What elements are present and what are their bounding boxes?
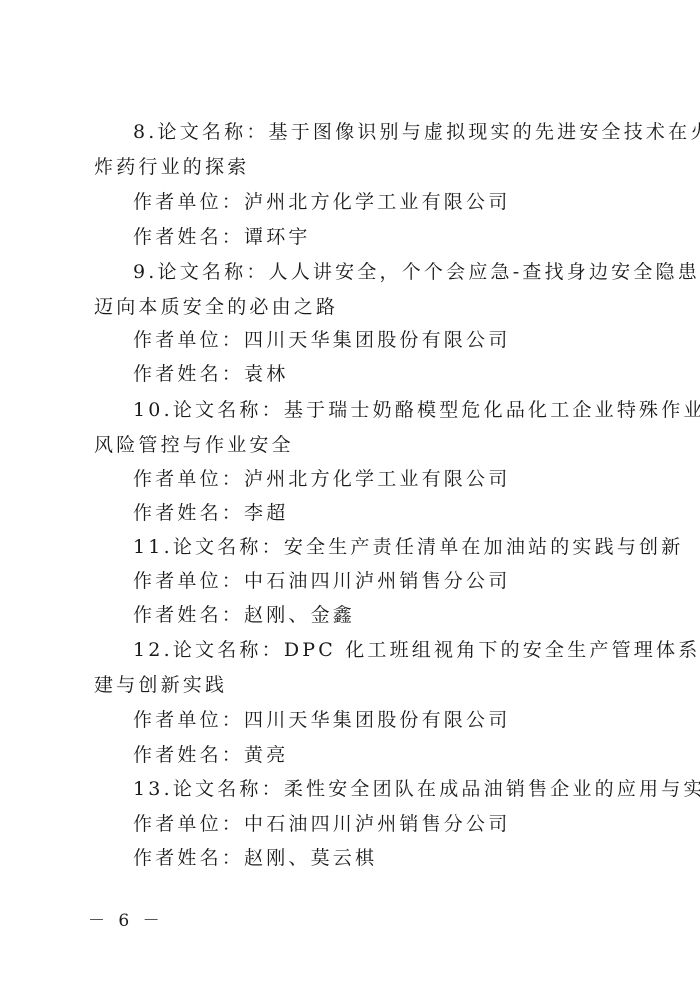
paper-title-8-line2: 炸药行业的探索 bbox=[94, 155, 249, 179]
paper-title-11: 11.论文名称：安全生产责任清单在加油站的实践与创新 bbox=[133, 535, 683, 559]
author-unit-8: 作者单位：泸州北方化学工业有限公司 bbox=[133, 190, 510, 214]
author-unit-10: 作者单位：泸州北方化学工业有限公司 bbox=[133, 467, 510, 491]
author-name-11: 作者姓名：赵刚、金鑫 bbox=[133, 603, 355, 627]
author-name-10: 作者姓名：李超 bbox=[133, 501, 288, 525]
document-page: 8.论文名称：基于图像识别与虚拟现实的先进安全技术在火 炸药行业的探索 作者单位… bbox=[0, 0, 700, 989]
paper-title-9-line1: 9.论文名称：人人讲安全，个个会应急-查找身边安全隐患： bbox=[133, 260, 700, 284]
author-name-9: 作者姓名：袁林 bbox=[133, 362, 288, 386]
paper-title-12-line1: 12.论文名称：DPC 化工班组视角下的安全生产管理体系构 bbox=[133, 638, 700, 662]
paper-title-9-line2: 迈向本质安全的必由之路 bbox=[94, 295, 338, 319]
author-unit-12: 作者单位：四川天华集团股份有限公司 bbox=[133, 708, 510, 732]
paper-title-8-line1: 8.论文名称：基于图像识别与虚拟现实的先进安全技术在火 bbox=[133, 120, 700, 144]
paper-title-13: 13.论文名称：柔性安全团队在成品油销售企业的应用与实践 bbox=[133, 777, 700, 801]
author-name-12: 作者姓名：黄亮 bbox=[133, 743, 288, 767]
paper-title-10-line1: 10.论文名称：基于瑞士奶酪模型危化品化工企业特殊作业 bbox=[133, 398, 700, 422]
author-name-8: 作者姓名：谭环宇 bbox=[133, 225, 311, 249]
author-unit-13: 作者单位：中石油四川泸州销售分公司 bbox=[133, 812, 510, 836]
author-name-13: 作者姓名：赵刚、莫云棋 bbox=[133, 846, 377, 870]
author-unit-11: 作者单位：中石油四川泸州销售分公司 bbox=[133, 569, 510, 593]
page-number: － 6 － bbox=[88, 906, 164, 931]
author-unit-9: 作者单位：四川天华集团股份有限公司 bbox=[133, 328, 510, 352]
paper-title-12-line2: 建与创新实践 bbox=[94, 673, 227, 697]
paper-title-10-line2: 风险管控与作业安全 bbox=[94, 433, 294, 457]
